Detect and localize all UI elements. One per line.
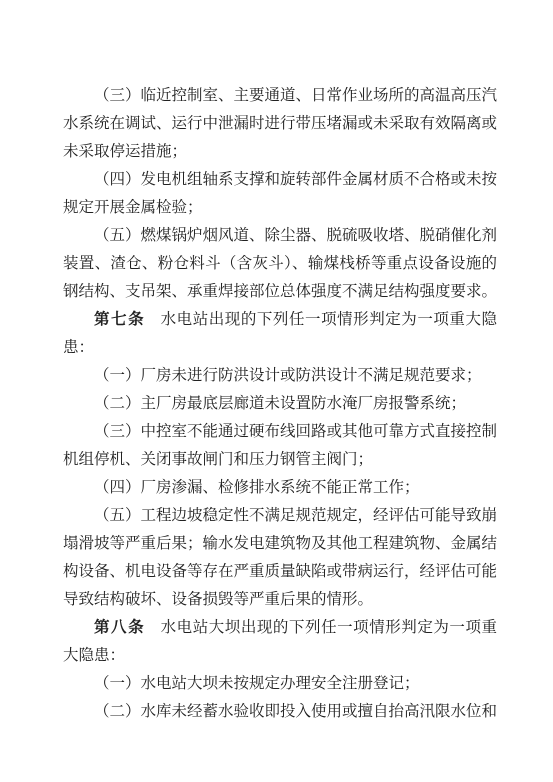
paragraph: 第八条水电站大坝出现的下列任一项情形判定为一项重大隐患： (63, 614, 497, 670)
paragraph-text: （一）水电站大坝未按规定办理安全注册登记； (94, 675, 420, 692)
paragraph: （四）发电机组轴系支撑和旋转部件金属材质不合格或未按规定开展金属检验； (63, 166, 497, 222)
paragraph: （五）工程边坡稳定性不满足规范规定，经评估可能导致崩塌滑坡等严重后果；输水发电建… (63, 502, 497, 614)
paragraph-text: （四）厂房渗漏、检修排水系统不能正常工作； (94, 479, 420, 496)
paragraph: （五）燃煤锅炉烟风道、除尘器、脱硫吸收塔、脱硝催化剂装置、渣仓、粉仓料斗（含灰斗… (63, 222, 497, 306)
paragraph-text: （二）水库未经蓄水验收即投入使用或擅自抬高汛限水位和 (94, 703, 497, 720)
paragraph-text: （五）燃煤锅炉烟风道、除尘器、脱硫吸收塔、脱硝催化剂装置、渣仓、粉仓料斗（含灰斗… (63, 227, 497, 300)
paragraph: （三）临近控制室、主要通道、日常作业场所的高温高压汽水系统在调试、运行中泄漏时进… (63, 82, 497, 166)
paragraph: （二）主厂房最底层廊道未设置防水淹厂房报警系统； (63, 390, 497, 418)
paragraph: 第七条水电站出现的下列任一项情形判定为一项重大隐患： (63, 306, 497, 362)
paragraph-text: （三）中控室不能通过硬布线回路或其他可靠方式直接控制机组停机、关闭事故闸门和压力… (63, 423, 497, 468)
paragraph-text: （三）临近控制室、主要通道、日常作业场所的高温高压汽水系统在调试、运行中泄漏时进… (63, 87, 497, 160)
paragraph: （一）水电站大坝未按规定办理安全注册登记； (63, 670, 497, 698)
article-number: 第七条 (94, 311, 145, 328)
paragraph-text: （二）主厂房最底层廊道未设置防水淹厂房报警系统； (94, 395, 466, 412)
paragraph: （二）水库未经蓄水验收即投入使用或擅自抬高汛限水位和 (63, 698, 497, 726)
paragraph: （四）厂房渗漏、检修排水系统不能正常工作； (63, 474, 497, 502)
article-number: 第八条 (94, 619, 145, 636)
paragraph: （三）中控室不能通过硬布线回路或其他可靠方式直接控制机组停机、关闭事故闸门和压力… (63, 418, 497, 474)
paragraph-text: （一）厂房未进行防洪设计或防洪设计不满足规范要求； (94, 367, 482, 384)
paragraph-text: （五）工程边坡稳定性不满足规范规定，经评估可能导致崩塌滑坡等严重后果；输水发电建… (63, 507, 497, 608)
paragraph: （一）厂房未进行防洪设计或防洪设计不满足规范要求； (63, 362, 497, 390)
paragraph-text: （四）发电机组轴系支撑和旋转部件金属材质不合格或未按规定开展金属检验； (63, 171, 497, 216)
document-body: （三）临近控制室、主要通道、日常作业场所的高温高压汽水系统在调试、运行中泄漏时进… (63, 82, 497, 726)
document-page: （三）临近控制室、主要通道、日常作业场所的高温高压汽水系统在调试、运行中泄漏时进… (0, 0, 553, 782)
